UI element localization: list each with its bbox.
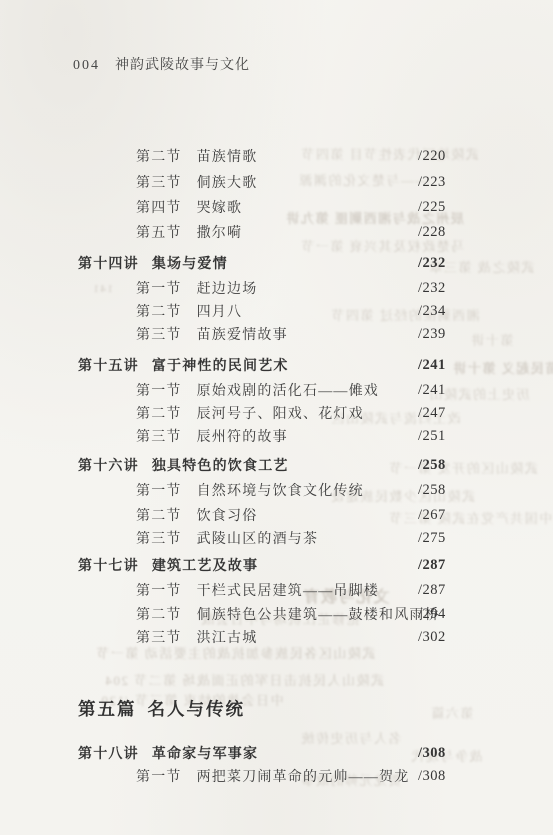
page-folio: 004: [73, 58, 100, 73]
toc-entry-title: 辰州符的故事: [197, 430, 288, 446]
toc-entry: 第二节辰河号子、阳戏、花灯戏/247: [0, 407, 553, 425]
toc-entry-label: 第五篇: [78, 701, 137, 717]
toc-entry-title: 赶边边场: [197, 282, 258, 298]
toc-entry: 第二节饮食习俗/267: [0, 509, 553, 527]
toc-entry-label: 第二节: [136, 608, 182, 624]
toc-entry-title: 四月八: [197, 305, 243, 321]
toc-entry-label: 第十七讲: [78, 559, 139, 575]
toc-entry-title: 撒尔嗬: [197, 226, 243, 242]
toc-entry-label: 第十四讲: [78, 257, 139, 273]
toc-entry-label: 第一节: [136, 584, 182, 600]
toc-entry-label: 第二节: [136, 509, 182, 525]
toc-entry: 第一节自然环境与饮食文化传统/258: [0, 484, 553, 502]
toc-entry-page: /241: [418, 357, 446, 373]
toc-entry-title: 辰河号子、阳戏、花灯戏: [197, 407, 364, 423]
toc-entry: 第四节哭嫁歌/225: [0, 201, 553, 219]
toc-entry-title: 富于神性的民间艺术: [152, 359, 289, 375]
toc-entry-label: 第三节: [136, 430, 182, 446]
toc-entry-title: 哭嫁歌: [197, 201, 243, 217]
toc-entry-label: 第三节: [136, 532, 182, 548]
running-head: 004神韵武陵故事与文化: [73, 54, 250, 74]
toc-entry-label: 第一节: [136, 484, 182, 500]
toc-entry-label: 第一节: [136, 770, 182, 786]
toc-entry-label: 第三节: [136, 328, 182, 344]
toc-entry-title: 建筑工艺及故事: [152, 559, 258, 575]
toc-entry-label: 第三节: [136, 176, 182, 192]
toc-entry-page: /232: [418, 255, 446, 271]
toc-entry: 第一节两把菜刀闹革命的元帅——贺龙/308: [0, 770, 553, 788]
toc-entry: 第十八讲革命家与军事家/308: [0, 747, 553, 765]
toc-entry-title: 自然环境与饮食文化传统: [197, 484, 364, 500]
toc-entry-title: 集场与爱情: [152, 257, 228, 273]
toc-entry-title: 独具特色的饮食工艺: [152, 459, 289, 475]
toc-entry: 第三节侗族大歌/223: [0, 176, 553, 194]
toc-entry: 第二节四月八/234: [0, 305, 553, 323]
toc-entry-title: 侗族特色公共建筑——鼓楼和风雨桥: [197, 608, 440, 624]
toc-entry-page: /247: [418, 405, 446, 421]
toc-entry-label: 第十五讲: [78, 359, 139, 375]
toc-entry-page: /251: [418, 428, 446, 444]
toc-entry: 第五节撒尔嗬/228: [0, 226, 553, 244]
toc-part-heading: 第五篇名人与传统: [0, 701, 553, 719]
bleedthrough-text: 武陵山人民抗击日军的正面战场 第二节 204: [104, 670, 384, 689]
toc-entry-label: 第五节: [136, 226, 182, 242]
toc-entry-page: /287: [418, 557, 446, 573]
toc-entry: 第十七讲建筑工艺及故事/287: [0, 559, 553, 577]
toc-entry-page: /275: [418, 530, 446, 546]
toc-entry-title: 苗族爱情故事: [197, 328, 288, 344]
toc-entry-page: /241: [418, 382, 446, 398]
toc-entry-page: /232: [418, 280, 446, 296]
toc-entry: 第十五讲富于神性的民间艺术/241: [0, 359, 553, 377]
toc-entry: 第三节武陵山区的酒与茶/275: [0, 532, 553, 550]
toc-entry-title: 苗族情歌: [197, 150, 258, 166]
toc-entry-title: 侗族大歌: [197, 176, 258, 192]
toc-entry-label: 第十六讲: [78, 459, 139, 475]
toc-entry-page: /294: [418, 606, 446, 622]
toc-entry-page: /220: [418, 148, 446, 164]
toc-entry-label: 第一节: [136, 282, 182, 298]
toc-entry-title: 饮食习俗: [197, 509, 258, 525]
toc-entry: 第十四讲集场与爱情/232: [0, 257, 553, 275]
toc-entry-title: 名人与传统: [148, 701, 246, 717]
toc-entry-page: /228: [418, 224, 446, 240]
toc-entry-label: 第十八讲: [78, 747, 139, 763]
toc-entry-title: 原始戏剧的活化石——傩戏: [197, 384, 379, 400]
toc-entry: 第二节苗族情歌/220: [0, 150, 553, 168]
book-title: 神韵武陵故事与文化: [115, 58, 250, 73]
toc-entry-page: /308: [418, 745, 446, 761]
bleedthrough-text: 名人与历史传统: [300, 728, 402, 747]
toc-entry: 第三节辰州符的故事/251: [0, 430, 553, 448]
toc-entry-page: /267: [418, 507, 446, 523]
toc-entry: 第十六讲独具特色的饮食工艺/258: [0, 459, 553, 477]
book-toc-page: 武陵地区代表性节目 第四节 ——与楚文化的渊源 辰州之战与湘西剿匪 第九讲 马楚…: [0, 0, 553, 835]
toc-entry: 第一节干栏式民居建筑——吊脚楼/287: [0, 584, 553, 602]
toc-entry-page: /239: [418, 326, 446, 342]
toc-entry-title: 干栏式民居建筑——吊脚楼: [197, 584, 379, 600]
toc-entry-page: /258: [418, 482, 446, 498]
toc-entry-title: 洪江古城: [197, 631, 258, 647]
toc-entry-page: /258: [418, 457, 446, 473]
toc-entry: 第一节原始戏剧的活化石——傩戏/241: [0, 384, 553, 402]
toc-entry-label: 第一节: [136, 384, 182, 400]
toc-entry-page: /287: [418, 582, 446, 598]
toc-entry-page: /223: [418, 174, 446, 190]
toc-entry-title: 武陵山区的酒与茶: [197, 532, 319, 548]
toc-entry-label: 第四节: [136, 201, 182, 217]
toc-entry-label: 第三节: [136, 631, 182, 647]
toc-entry: 第三节苗族爱情故事/239: [0, 328, 553, 346]
toc-entry-title: 两把菜刀闹革命的元帅——贺龙: [197, 770, 410, 786]
toc-entry-label: 第二节: [136, 150, 182, 166]
toc-entry: 第三节洪江古城/302: [0, 631, 553, 649]
toc-entry-label: 第二节: [136, 305, 182, 321]
toc-entry-title: 革命家与军事家: [152, 747, 258, 763]
toc-entry-page: /302: [418, 629, 446, 645]
toc-entry-page: /308: [418, 768, 446, 784]
toc-entry-label: 第二节: [136, 407, 182, 423]
toc-entry-page: /234: [418, 303, 446, 319]
toc-entry: 第一节赶边边场/232: [0, 282, 553, 300]
toc-entry-page: /225: [418, 199, 446, 215]
toc-entry: 第二节侗族特色公共建筑——鼓楼和风雨桥/294: [0, 608, 553, 626]
